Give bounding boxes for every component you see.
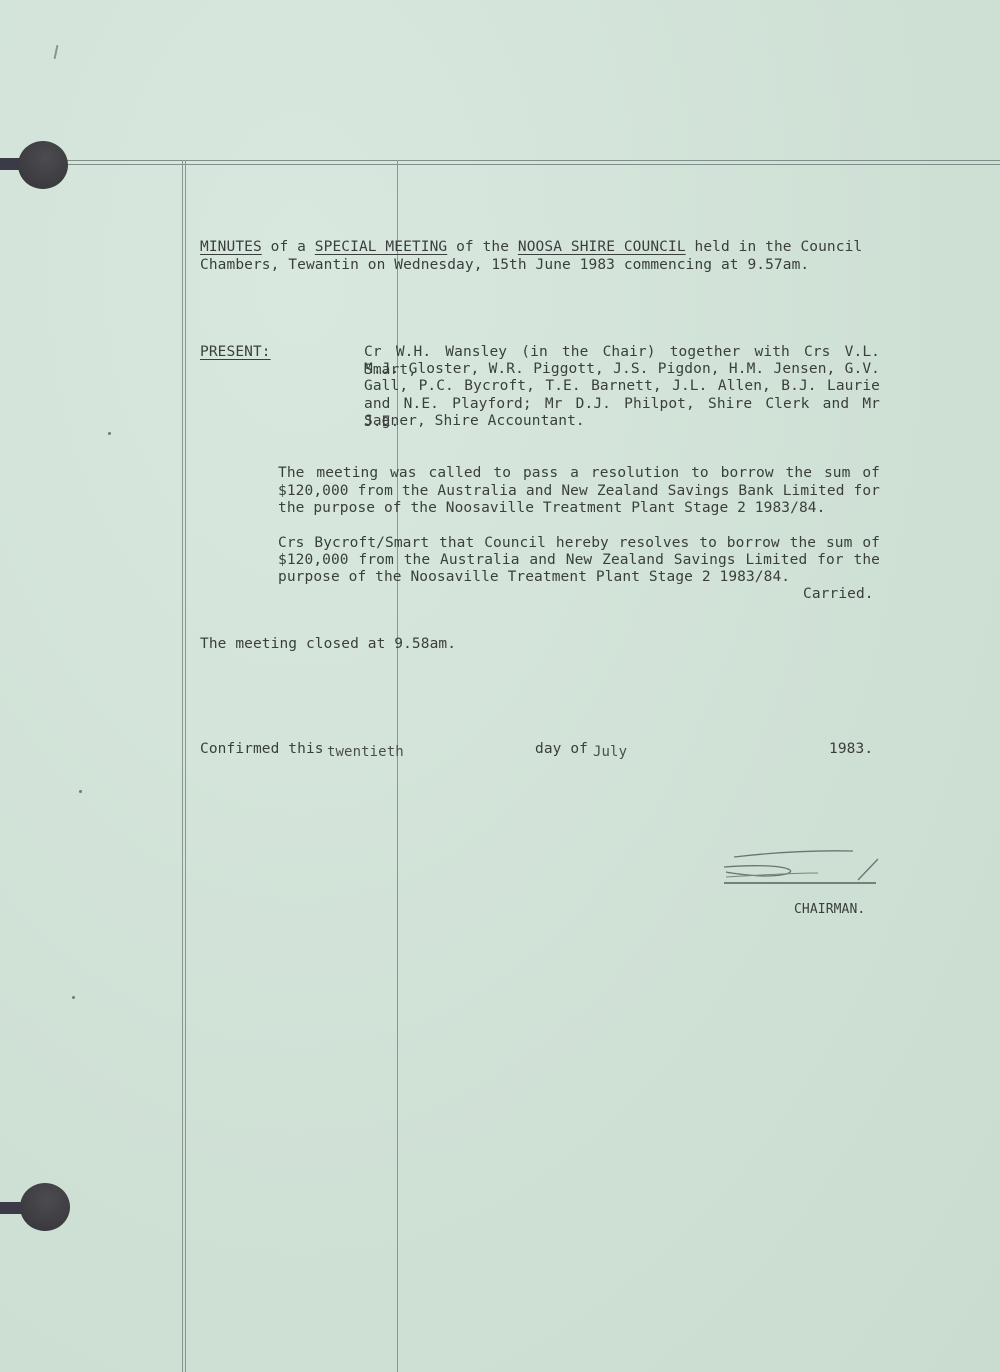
margin-rule-inner: [185, 160, 186, 1372]
stray-mark: [54, 45, 59, 59]
present-line: Sagner, Shire Accountant.: [364, 413, 585, 431]
meeting-closed: The meeting closed at 9.58am.: [200, 636, 456, 654]
paragraph-1-line: $120,000 from the Australia and New Zeal…: [278, 483, 880, 501]
resolution-line: Crs Bycroft/Smart that Council hereby re…: [278, 535, 880, 553]
present-label: PRESENT:: [200, 344, 271, 362]
paragraph-1-line: The meeting was called to pass a resolut…: [278, 465, 880, 483]
punch-hole-bottom: [20, 1183, 70, 1231]
heading-minutes: MINUTES: [200, 239, 262, 255]
speck: [108, 432, 111, 435]
heading-text: held in the Council: [686, 239, 863, 255]
carried-status: Carried.: [803, 586, 874, 604]
heading-special-meeting: SPECIAL MEETING: [315, 239, 447, 255]
present-line: M.J. Gloster, W.R. Piggott, J.S. Pigdon,…: [364, 361, 880, 379]
heading-text: of a: [262, 239, 315, 255]
heading-council: NOOSA SHIRE COUNCIL: [518, 239, 686, 255]
speck: [72, 996, 75, 999]
resolution-line: purpose of the Noosaville Treatment Plan…: [278, 569, 790, 587]
punch-hole-top: [18, 141, 68, 189]
day-of-label: day of: [535, 741, 588, 759]
confirmed-month: July: [593, 744, 627, 762]
resolution-line: $120,000 from the Australia and New Zeal…: [278, 552, 880, 570]
confirmed-year: 1983.: [829, 741, 873, 759]
margin-rule: [182, 160, 183, 1372]
chairman-label: CHAIRMAN.: [794, 901, 865, 919]
top-rule: [0, 160, 1000, 161]
heading-text: of the: [447, 239, 518, 255]
paragraph-1-line: the purpose of the Noosaville Treatment …: [278, 500, 825, 518]
minutes-heading: MINUTES of a SPECIAL MEETING of the NOOS…: [200, 239, 862, 257]
confirmed-label: Confirmed this: [200, 741, 324, 759]
speck: [79, 790, 82, 793]
minutes-heading-line2: Chambers, Tewantin on Wednesday, 15th Ju…: [200, 257, 809, 275]
tab-rule: [397, 160, 398, 1372]
confirmed-day: twentieth: [327, 744, 404, 762]
chairman-signature: [718, 845, 883, 890]
top-rule-inner: [0, 164, 1000, 165]
binder-clip: [0, 1202, 22, 1214]
present-line: Gall, P.C. Bycroft, T.E. Barnett, J.L. A…: [364, 378, 880, 396]
